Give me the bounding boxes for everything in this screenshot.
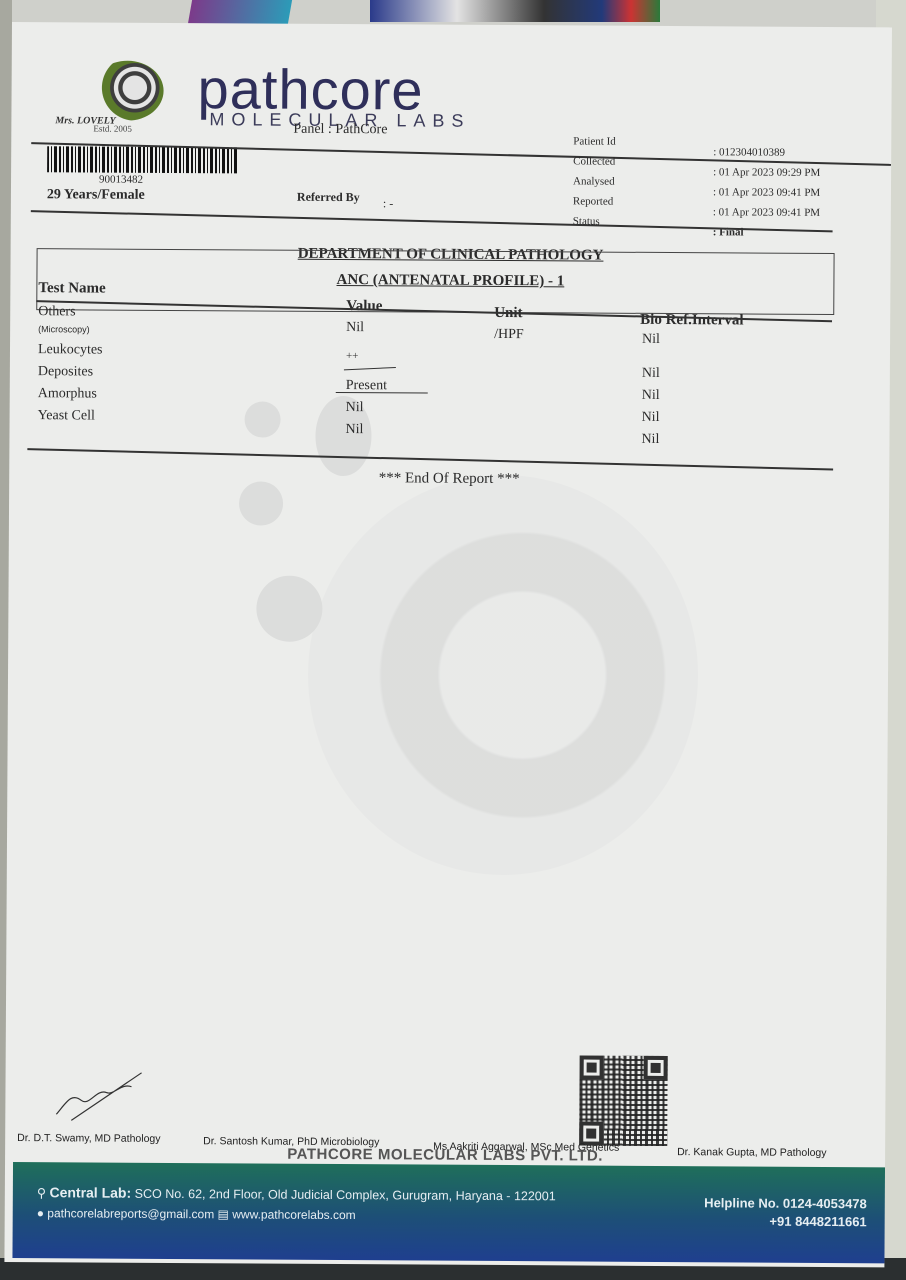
contact-links: ● pathcorelabreports@gmail.com ▤ www.pat… [37,1206,356,1222]
patient-meta-labels: Patient Id Collected Analysed Reported S… [573,131,616,231]
status-value: : Final [713,222,820,243]
reported-label: Reported [573,191,616,211]
referred-by-label: Referred By [297,190,360,205]
qr-corner [580,1055,604,1079]
signature-icon [51,1062,151,1123]
barcode-number: 90013482 [99,174,143,186]
email-icon: ● [37,1206,44,1220]
collected-value: : 01 Apr 2023 09:29 PM [713,162,820,183]
watermark-dot [239,481,283,525]
watermark-logo [307,474,699,876]
signatory-swamy: Dr. D.T. Swamy, MD Pathology [17,1132,160,1145]
panel-label: Panel : PathCore [293,122,387,139]
test-subtitle: (Microscopy) [38,324,90,334]
collected-label: Collected [573,151,616,171]
test-name: Yeast Cell [38,408,95,424]
test-value: Nil [346,400,364,416]
website-link[interactable]: www.pathcorelabs.com [232,1207,355,1222]
test-ref: Nil [641,432,659,448]
address-text: SCO No. 62, 2nd Floor, Old Judicial Comp… [135,1187,556,1204]
test-value-handwritten: ++ [346,350,358,362]
test-ref: Nil [642,388,660,404]
analysed-label: Analysed [573,171,616,191]
end-of-report: *** End Of Report *** [9,468,889,490]
established-year: Estd. 2005 [93,123,132,133]
analysed-value: : 01 Apr 2023 09:41 PM [713,182,820,203]
test-value: Nil [345,422,363,438]
central-lab-address: ⚲ Central Lab: SCO No. 62, 2nd Floor, Ol… [37,1184,556,1203]
patient-id-label: Patient Id [573,131,616,151]
pathcore-logo-icon [91,60,163,120]
test-name: Deposites [38,364,93,380]
web-icon: ▤ [218,1207,229,1221]
barcode [47,146,237,173]
test-ref: Nil [642,366,660,382]
test-name: Leukocytes [38,342,103,358]
test-ref: Nil [642,410,660,426]
watermark-dot [256,576,322,642]
watermark-dot [244,401,280,437]
lab-report-page: pathcore MOLECULAR LABS Mrs. LOVELY Estd… [4,22,892,1267]
test-ref: Nil [642,332,660,348]
footer-banner: ⚲ Central Lab: SCO No. 62, 2nd Floor, Ol… [12,1162,885,1263]
mobile-number: +91 8448211661 [704,1212,867,1231]
qr-corner [644,1056,668,1080]
email-link[interactable]: pathcorelabreports@gmail.com [47,1206,214,1221]
reported-value: : 01 Apr 2023 09:41 PM [713,202,820,223]
divider [27,448,833,470]
location-pin-icon: ⚲ [37,1186,46,1200]
test-name: Amorphus [38,386,97,402]
col-bio-ref-interval: Bio Ref.Interval [640,312,743,330]
referred-by-value: : - [383,196,393,211]
helpline-number: Helpline No. 0124-4053478 [704,1194,867,1213]
test-unit: /HPF [494,327,524,343]
helpline: Helpline No. 0124-4053478 +91 8448211661 [704,1194,867,1231]
test-value: Nil [346,320,364,336]
col-value: Value [346,298,382,315]
patient-id-value: : 012304010389 [713,142,820,163]
col-test-name: Test Name [38,280,105,297]
central-lab-label: Central Lab: [49,1184,131,1200]
handwritten-mark [344,367,396,370]
qr-code [579,1055,668,1146]
test-name: Others [38,304,75,320]
status-label: Status [573,211,616,231]
age-gender: 29 Years/Female [47,187,145,204]
